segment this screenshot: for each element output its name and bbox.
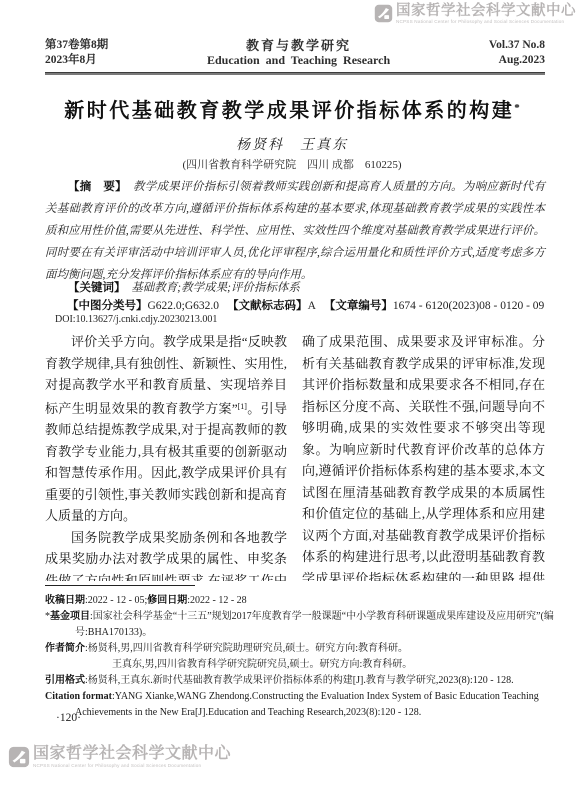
article-id-label: 【文章编号】 bbox=[324, 300, 393, 312]
fund-line: *基金项目:国家社会科学基金“十三五”规划2017年度教育学一般课题“中小学教育… bbox=[45, 609, 557, 641]
footnote-block: 收稿日期:2022 - 12 - 05;修回日期:2022 - 12 - 28 … bbox=[45, 593, 557, 721]
clc-value: G622.0;G632.0 bbox=[148, 300, 220, 312]
bio-text-1: :杨贤科,男,四川省教育科学研究院助理研究员,硕士。研究方向:教育科研。 bbox=[85, 643, 408, 654]
citation-line-cn: 引用格式:杨贤科,王真东.新时代基础教育教学成果评价指标体系的构建[J].教育与… bbox=[45, 673, 557, 689]
keywords-label: 【关键词】 bbox=[68, 282, 120, 294]
article-id-value: 1674 - 6120(2023)08 - 0120 - 09 bbox=[393, 300, 544, 312]
citation-superscript: [1] bbox=[238, 402, 247, 411]
article-title-text: 新时代基础教育教学成果评价指标体系的构建 bbox=[64, 100, 514, 122]
article-authors: 杨贤科 王真东 bbox=[0, 134, 584, 154]
title-footnote-mark: * bbox=[514, 102, 520, 114]
citation-label-en: Citation format bbox=[45, 691, 112, 702]
doc-code-value: A bbox=[308, 300, 316, 312]
fund-text: :国家社会科学基金“十三五”规划2017年度教育学一般课题“中小学教育科研课题成… bbox=[75, 611, 554, 638]
author-bio-line-2: 王真东,男,四川省教育科学研究院研究员,硕士。研究方向:教育科研。 bbox=[112, 657, 557, 673]
abstract-label: 【摘 要】 bbox=[68, 181, 121, 193]
citation-label-cn: 引用格式 bbox=[45, 675, 85, 686]
issue-number-en: Vol.37 No.8 bbox=[489, 38, 545, 53]
ncpss-name-cn-bottom: 国家哲学社会科学文献中心 bbox=[33, 746, 231, 763]
p1-text-cont: 。引导教师总结提炼教学成果,对于提高教师的教育教学专业能力,具有极其重要的创新驱… bbox=[45, 401, 287, 524]
clc-label: 【中图分类号】 bbox=[67, 300, 148, 312]
ncpss-logo-icon-bottom bbox=[8, 746, 30, 773]
citation-text-en: :YANG Xianke,WANG Zhendong.Constructing … bbox=[75, 691, 539, 718]
journal-header: 第37卷第8期 2023年8月 教育与教学研究 Education and Te… bbox=[45, 38, 545, 68]
revised-label: 修回日期 bbox=[147, 595, 187, 606]
citation-text-cn: :杨贤科,王真东.新时代基础教育教学成果评价指标体系的构建[J].教育与教学研究… bbox=[85, 675, 514, 686]
ncpss-name-en: NCPSS National Center for Philosophy and… bbox=[396, 19, 576, 25]
abstract-block: 【摘 要】 教学成果评价指标引领着教师实践创新和提高育人质量的方向。为响应新时代… bbox=[45, 176, 545, 286]
author-bio-line-1: 作者简介:杨贤科,男,四川省教育科学研究院助理研究员,硕士。研究方向:教育科研。 bbox=[45, 641, 557, 657]
received-date: :2022 - 12 - 05; bbox=[85, 595, 147, 606]
ncpss-watermark-bottom: 国家哲学社会科学文献中心 NCPSS National Center for P… bbox=[8, 746, 231, 773]
abstract-text: 教学成果评价指标引领着教师实践创新和提高育人质量的方向。为响应新时代有关基础教育… bbox=[45, 181, 545, 281]
footnote-divider bbox=[45, 585, 195, 586]
fund-label: 基金项目 bbox=[50, 611, 90, 622]
issue-date-en: Aug.2023 bbox=[489, 53, 545, 68]
doc-code-label: 【文献标志码】 bbox=[227, 300, 308, 312]
revised-date: :2022 - 12 - 28 bbox=[187, 595, 246, 606]
body-column-right: 确了成果范围、成果要求及评审标准。分析有关基础教育教学成果的评审标准,发现其评价… bbox=[302, 331, 545, 581]
article-affiliation: (四川省教育科学研究院 四川 成都 610225) bbox=[0, 156, 584, 172]
dates-line: 收稿日期:2022 - 12 - 05;修回日期:2022 - 12 - 28 bbox=[45, 593, 557, 609]
classification-line: 【中图分类号】G622.0;G632.0【文献标志码】A【文章编号】1674 -… bbox=[45, 297, 555, 315]
article-title: 新时代基础教育教学成果评价指标体系的构建* bbox=[0, 94, 584, 123]
bio-label: 作者简介 bbox=[45, 643, 85, 654]
keywords-line: 【关键词】 基础教育;教学成果;评价指标体系 bbox=[45, 277, 545, 299]
issue-number-cn: 第37卷第8期 bbox=[45, 38, 108, 53]
ncpss-logo-icon bbox=[374, 4, 393, 28]
ncpss-name-en-bottom: NCPSS National Center for Philosophy and… bbox=[33, 763, 231, 769]
issue-date-cn: 2023年8月 bbox=[45, 53, 108, 68]
body-paragraph-2: 国务院教学成果奖励条例和各地教学成果奖励办法对教学成果的属性、申奖条件做了方向性… bbox=[45, 527, 287, 582]
received-label: 收稿日期 bbox=[45, 595, 85, 606]
citation-line-en: Citation format:YANG Xianke,WANG Zhendon… bbox=[45, 689, 557, 721]
body-paragraph-2-continued: 确了成果范围、成果要求及评审标准。分析有关基础教育教学成果的评审标准,发现其评价… bbox=[302, 331, 545, 581]
page-number: ·120· bbox=[56, 712, 81, 724]
header-divider bbox=[45, 72, 545, 75]
journal-title-en: Education and Teaching Research bbox=[207, 53, 390, 68]
body-paragraph-1: 评价关乎方向。教学成果是指“反映教育教学规律,具有独创性、新颖性、实用性,对提高… bbox=[45, 331, 287, 527]
ncpss-name-cn: 国家哲学社会科学文献中心 bbox=[396, 4, 576, 19]
ncpss-watermark-top: 国家哲学社会科学文献中心 NCPSS National Center for P… bbox=[374, 4, 576, 28]
paper-page: 国家哲学社会科学文献中心 NCPSS National Center for P… bbox=[0, 0, 584, 787]
journal-title-cn: 教育与教学研究 bbox=[207, 38, 390, 53]
doi-line: DOI:10.13627/j.cnki.cdjy.20230213.001 bbox=[55, 314, 217, 325]
body-column-left: 评价关乎方向。教学成果是指“反映教育教学规律,具有独创性、新颖性、实用性,对提高… bbox=[45, 331, 287, 581]
keywords-text: 基础教育;教学成果;评价指标体系 bbox=[131, 282, 300, 294]
